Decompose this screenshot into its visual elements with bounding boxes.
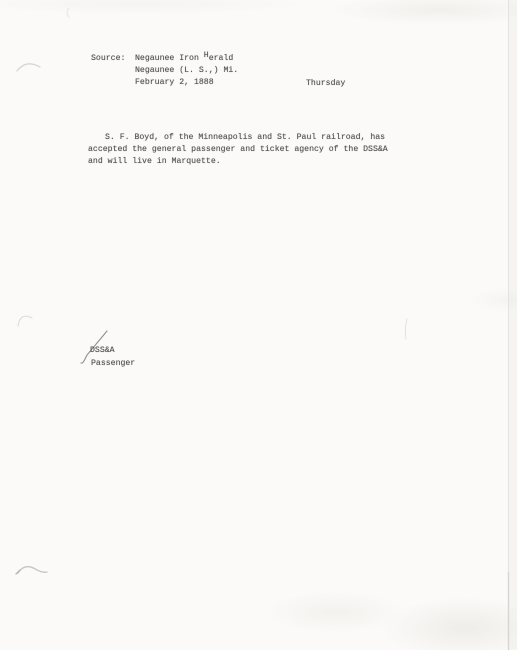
- source-publication-pre: Negaunee Iron: [135, 54, 204, 63]
- article-line-3: and will live in Marquette.: [88, 156, 221, 168]
- article-line-1: S. F. Boyd, of the Minneapolis and St. P…: [105, 132, 385, 144]
- pencil-arc-bottom-left-tip: [16, 570, 20, 574]
- pencil-arc-bottom-left-icon: [18, 567, 47, 573]
- pencil-marks-layer: [0, 0, 517, 650]
- pencil-squiggle-top-icon: [67, 8, 69, 17]
- pencil-arc-mid-left-icon: [18, 316, 32, 326]
- index-category: Passenger: [91, 358, 135, 370]
- source-weekday: Thursday: [306, 78, 345, 90]
- source-label: Source:: [91, 53, 125, 65]
- article-line-2: accepted the general passenger and ticke…: [88, 144, 388, 156]
- source-date: February 2, 1888: [135, 77, 214, 89]
- scanned-page: Source: Negaunee Iron Herald Negaunee (L…: [0, 0, 517, 650]
- pencil-arc-top-left-icon: [17, 64, 40, 71]
- source-publication-post: erald: [209, 54, 234, 63]
- index-subject: DSS&A: [90, 345, 115, 357]
- source-place: Negaunee (L. S.,) Mi.: [135, 65, 238, 77]
- pencil-tick-right-icon: [405, 319, 407, 339]
- source-publication-raised-h: H: [204, 51, 209, 60]
- scan-edge-strip: [509, 0, 517, 650]
- source-publication: Negaunee Iron Herald: [135, 53, 233, 65]
